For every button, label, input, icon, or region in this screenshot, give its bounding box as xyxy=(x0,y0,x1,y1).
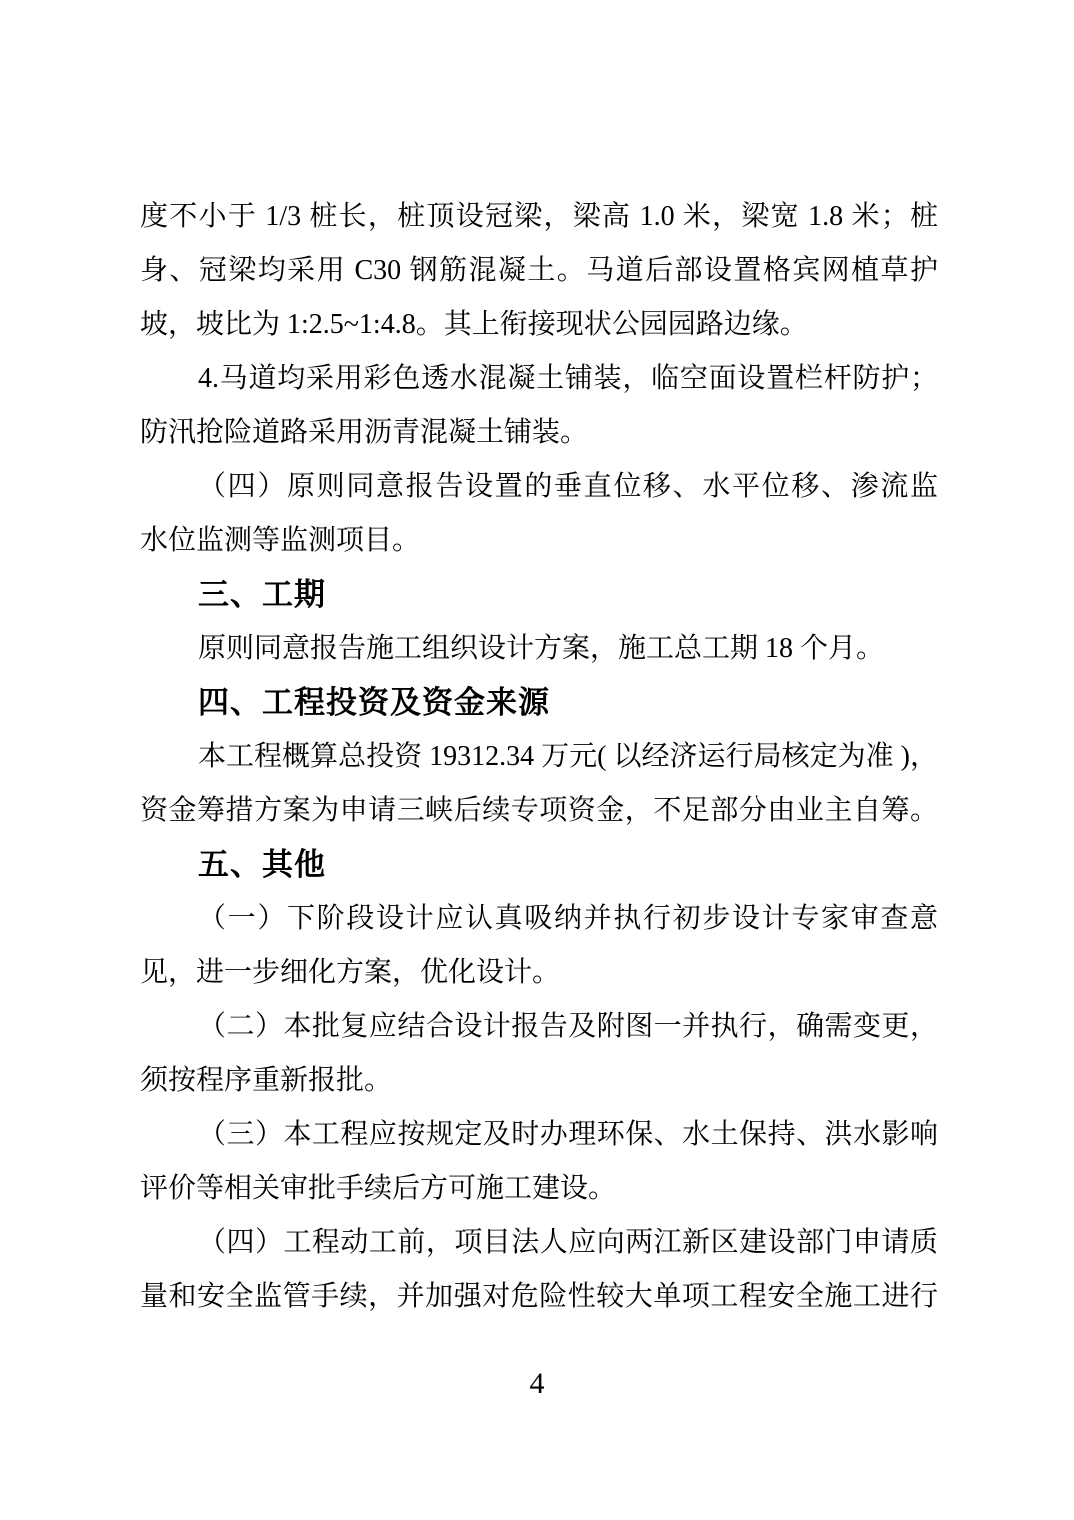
section-heading: 五、其他 xyxy=(140,838,938,892)
text-line: 见，进一步细化方案，优化设计。 xyxy=(140,946,938,1000)
text-line: （二）本批复应结合设计报告及附图一并执行，确需变更， xyxy=(140,1000,938,1054)
page-number: 4 xyxy=(0,1362,1074,1406)
text-line: 身、冠梁均采用 C30 钢筋混凝土。马道后部设置格宾网植草护 xyxy=(140,244,938,298)
text-line: 评价等相关审批手续后方可施工建设。 xyxy=(140,1162,938,1216)
document-body: 度不小于 1/3 桩长，桩顶设冠梁，梁高 1.0 米，梁宽 1.8 米；桩 身、… xyxy=(140,190,938,1324)
text-line: 本工程概算总投资 19312.34 万元( 以经济运行局核定为准 )， xyxy=(140,730,938,784)
text-line: 坡，坡比为 1:2.5~1:4.8。其上衔接现状公园园路边缘。 xyxy=(140,298,938,352)
section-heading: 三、工期 xyxy=(140,568,938,622)
document-page: 度不小于 1/3 桩长，桩顶设冠梁，梁高 1.0 米，梁宽 1.8 米；桩 身、… xyxy=(0,0,1074,1520)
text-line: （四）原则同意报告设置的垂直位移、水平位移、渗流监测、 xyxy=(140,460,938,514)
section-heading: 四、工程投资及资金来源 xyxy=(140,676,938,730)
text-line: 量和安全监管手续，并加强对危险性较大单项工程安全施工进行 xyxy=(140,1270,938,1324)
text-line: （三）本工程应按规定及时办理环保、水土保持、洪水影响 xyxy=(140,1108,938,1162)
text-line: （一）下阶段设计应认真吸纳并执行初步设计专家审查意 xyxy=(140,892,938,946)
text-line: 防汛抢险道路采用沥青混凝土铺装。 xyxy=(140,406,938,460)
text-line: 4.马道均采用彩色透水混凝土铺装，临空面设置栏杆防护； xyxy=(140,352,938,406)
text-line: 原则同意报告施工组织设计方案，施工总工期 18 个月。 xyxy=(140,622,938,676)
text-line: 度不小于 1/3 桩长，桩顶设冠梁，梁高 1.0 米，梁宽 1.8 米；桩 xyxy=(140,190,938,244)
text-line: 水位监测等监测项目。 xyxy=(140,514,938,568)
text-line: 须按程序重新报批。 xyxy=(140,1054,938,1108)
text-line: （四）工程动工前，项目法人应向两江新区建设部门申请质 xyxy=(140,1216,938,1270)
text-line: 资金筹措方案为申请三峡后续专项资金，不足部分由业主自筹。 xyxy=(140,784,938,838)
